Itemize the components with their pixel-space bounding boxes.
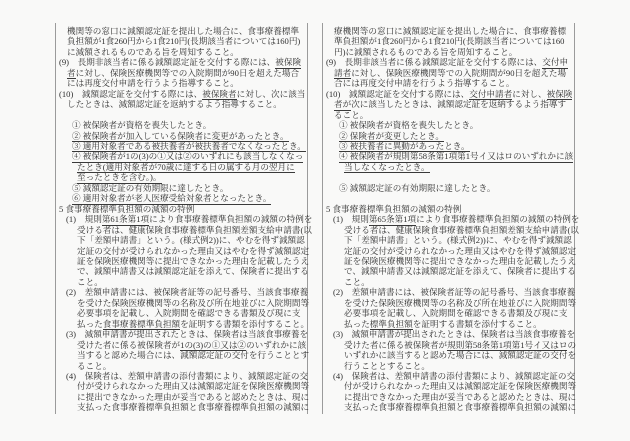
document-text-line: ること。 [59,361,307,371]
document-text-line: 支払った食事療養標準負担額と食事療養標準負担額の減額に [59,402,307,412]
document-text-line: ③ 被扶養者に異動があったとき。 [326,141,574,151]
document-text-line: ③ 適用対象者である被扶養者が被扶養者でなくなったとき。 [59,141,307,151]
document-text-line: 者に対し、保険医療機関等での入院期間が90日を超えた場合 [59,68,307,78]
document-text-line: ② 保険者が変更したとき。 [326,131,574,141]
document-text-line: ① 被保険者が資格を喪失したとき。 [59,120,307,130]
blank-line [326,172,574,182]
document-text-line: に提出できなかった理由が妥当であると認めたときは、現に [59,392,307,402]
document-text-line: 必要事項を記載し、入院期間を確認できる書類及び現に支 [326,308,574,318]
document-text-line: (2) 差額申請書には、被保険者証等の記号番号、当該食事療養 [326,287,574,297]
document-text-line: 必要事項を記載し、入院期間を確認できる書類及び現に支 [59,308,307,318]
document-text-line: 払った標準負担額を証明する書類を添付すること。 [326,319,574,329]
document-text-line: 至ったときを含む。)。 [59,172,307,182]
document-text-line: 払った食事療養標準負担額を証明する書類を添付すること。 [59,319,307,329]
scanned-document-sheet: 機関等の窓口に減額認定証を提出した場合に、食事療養標準負担額が1食260円から1… [0,0,630,441]
document-text-line: 下「差額申請書」という。(様式例2))に、やむを得ず減額認 [59,235,307,245]
document-text-line: 支払った食事療養標準負担額と食事療養標準負担額の減額に [326,402,574,412]
document-text-line: したときは、減額認定証を返納するよう指導すること。 [59,99,307,109]
document-column-left: 機関等の窓口に減額認定証を提出した場合に、食事療養標準負担額が1食260円から1… [55,23,308,414]
document-text-line: 受ける者は、健康保険食事療養標準負担額差額支給申請書(以 [59,225,307,235]
document-text-line: ⑥ 適用対象者が老人医療受給対象者となったとき。 [59,193,307,203]
document-text-line: (10) 減額認定証を交付する際には、交付申請者に対し、被保険 [326,89,574,99]
document-text-line: に減額されるものである旨を周知すること。 [59,47,307,57]
document-column-right: 療機関等の窓口に減額認定証を提出した場合に、食事療養標準負担額が1食260円から… [322,23,575,414]
document-text-line: 当すると認めた場合には、減額認定証の交付を行うこととす [59,350,307,360]
document-text-line: 当しなくなったとき。 [326,162,574,172]
document-text-line: (9) 長期非該当者に係る減額認定証を交付する際には、交付申 [326,57,574,67]
document-text-line: 証を保険医療機関等に提出できなかった理由を記載したうえ [326,256,574,266]
document-text-line: 定証の交付が受けられなかった理由又はやむを得ず減額認定 [326,246,574,256]
document-text-line: (1) 規則第65条第1項により食事療養標準負担額の減額の特例を [326,214,574,224]
document-text-line: ⑤ 減額認定証の有効期限に達したとき。 [326,183,574,193]
document-text-line: こと。 [59,277,307,287]
document-text-line: たとき(適用対象者が70歳に達する日の属する月の翌月に [59,162,307,172]
document-text-line: 付が受けられなかった理由又は減額認定証を保険医療機関等 [326,381,574,391]
document-text-line: を受けた保険医療機関等の名称及び所在地並びに入院期間等 [326,298,574,308]
document-text-line: 準負担額が1食260円から1食210円(長期該当者については160 [326,36,574,46]
document-text-line: 証を保険医療機関等に提出できなかった理由を記載したうえ [59,256,307,266]
document-text-line: (4) 保険者は、差額申請書の添付書類により、減額認定証の交 [59,371,307,381]
document-text-line: 受ける者は、健康保険食事療養標準負担額差額支給申請書(以 [326,225,574,235]
document-text-line: 請者に対し、保険医療機関等での入院期間が90日を超えた場 [326,68,574,78]
document-text-line: に提出できなかった理由が妥当であると認めたときは、現に [326,392,574,402]
document-text-line: (1) 規則第61条第1項により食事療養標準負担額の減額の特例を [59,214,307,224]
document-text-line: ④ 被保険者が1の(3)の①又は②のいずれにも該当しなくなっ [59,151,307,161]
document-text-line: ② 被保険者が加入している保険者に変更があったとき。 [59,131,307,141]
document-text-line: 合には再度交付申請を行うよう指導すること。 [326,78,574,88]
document-text-line: ① 被保険者が資格を喪失したとき。 [326,120,574,130]
document-text-line: 負担額が1食260円から1食210円(長期該当者については160円) [59,36,307,46]
document-text-line: ④ 被保険者が規則第58条第1項第1号イ又はロのいずれかに該 [326,151,574,161]
document-text-line: 受けた者に係る被保険者が1の(3)の①又は②のいずれかに該 [59,340,307,350]
document-text-line: (2) 差額申請書には、被保険者証等の記号番号、当該食事療養 [59,287,307,297]
document-text-line: で、減額申請書又は減額認定証を添えて、保険者に提出する [59,266,307,276]
document-text-line: 療機関等の窓口に減額認定証を提出した場合に、食事療養標 [326,26,574,36]
document-text-line: 者が次に該当したときは、減額認定証を返納するよう指導す [326,99,574,109]
document-text-line: 下「差額申請書」という。(様式例2))に、やむを得ず減額認 [326,235,574,245]
document-text-line: 5 食事療養標準負担額の減額の特例 [326,204,574,214]
document-text-line: 5 食事療養標準負担額の減額の特例 [59,204,307,214]
blank-line [326,193,574,203]
document-text-line: (10) 減額認定証を交付する際には、被保険者に対し、次に該当 [59,89,307,99]
document-text-line: 定証の交付が受けられなかった理由又はやむを得ず減額認定 [59,246,307,256]
document-text-line: を受けた保険医療機関等の名称及び所在地並びに入院期間等 [59,298,307,308]
document-text-line: 円)に減額されるものである旨を周知すること。 [326,47,574,57]
document-text-line: には再度交付申請を行うよう指導すること。 [59,78,307,88]
revision-underlined-text: 当しなくなったとき。 [344,162,430,174]
document-text-line: こと。 [326,277,574,287]
document-text-line: 行うこととすること。 [326,361,574,371]
document-text-line: ⑤ 減額認定証の有効期限に達したとき。 [59,183,307,193]
blank-line [59,110,307,120]
document-text-line: (9) 長期非該当者に係る減額認定証を交付する際には、被保険 [59,57,307,67]
document-text-line: ること。 [326,110,574,120]
document-text-line: (3) 減額申請書が提出されたときは、保険者は当該食事療養を [59,329,307,339]
document-text-line: 機関等の窓口に減額認定証を提出した場合に、食事療養標準 [59,26,307,36]
document-text-line: で、減額申請書又は減額認定証を添えて、保険者に提出する [326,266,574,276]
document-text-line: (4) 保険者は、差額申請書の添付書類により、減額認定証の交 [326,371,574,381]
document-text-line: (3) 減額申請書が提出されたときは、保険者は当該食事療養を [326,329,574,339]
document-text-line: 付が受けられなかった理由又は減額認定証を保険医療機関等 [59,381,307,391]
document-text-line: いずれかに該当すると認めた場合には、減額認定証の交付を [326,350,574,360]
document-text-line: 受けた者に係る被保険者が規則第58条第1項第1号イ又はロの [326,340,574,350]
